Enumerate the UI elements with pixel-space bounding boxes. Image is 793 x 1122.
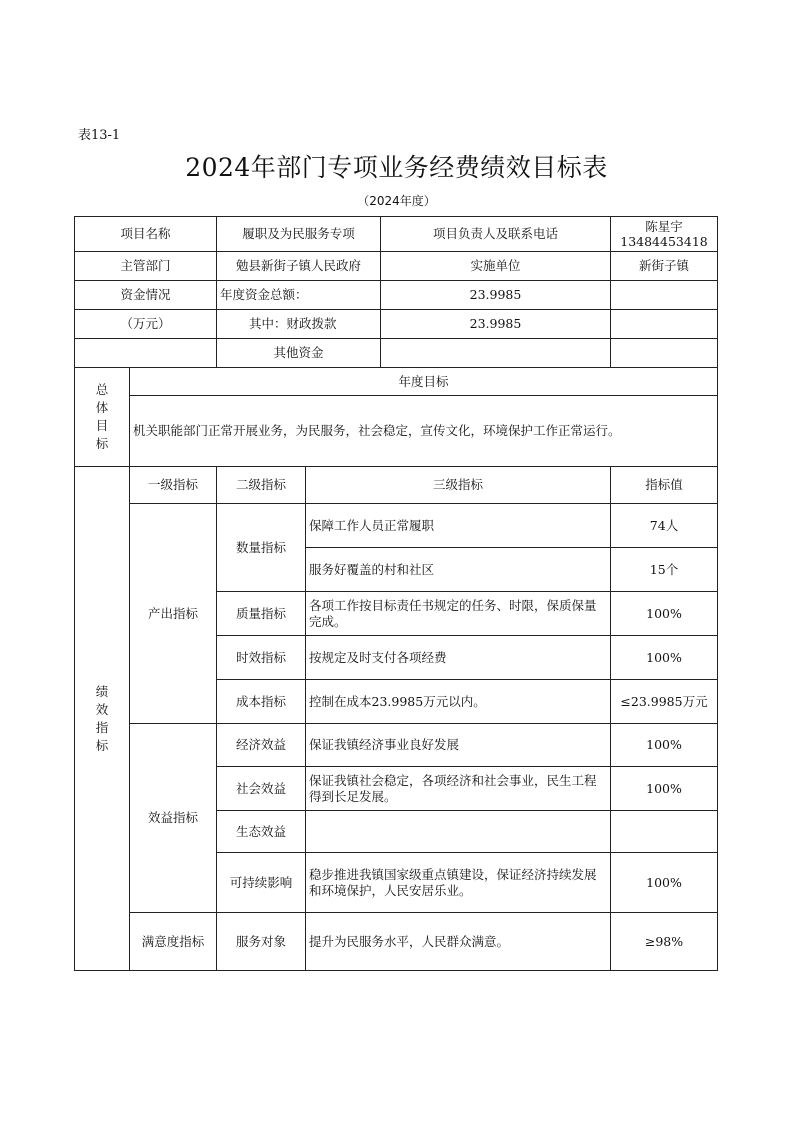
- performance-table: 总体目标 年度目标 机关职能部门正常开展业务，为民服务，社会稳定，宣传文化，环境…: [74, 367, 718, 971]
- fiscal-funds-label: 其中：财政拨款: [217, 310, 381, 339]
- level2-quantity: 数量指标: [217, 504, 306, 592]
- fiscal-year: （2024年度）: [0, 192, 793, 209]
- level3-cell: 服务好覆盖的村和社区: [306, 548, 611, 592]
- level1-benefit: 效益指标: [130, 724, 217, 913]
- level2-cost: 成本指标: [217, 680, 306, 724]
- table-row: 效益指标 经济效益 保证我镇经济事业良好发展 100%: [75, 724, 718, 767]
- other-funds-value: [381, 339, 611, 368]
- dept-label: 主管部门: [75, 252, 217, 281]
- page-title: 2024年部门专项业务经费绩效目标表: [0, 148, 793, 184]
- header-level2: 二级指标: [217, 467, 306, 504]
- fiscal-funds-value: 23.9985: [381, 310, 611, 339]
- total-funds-extra: [611, 281, 718, 310]
- level3-cell: 保证我镇社会稳定，各项经济和社会事业，民生工程得到长足发展。: [306, 767, 611, 811]
- basic-info-table: 项目名称 履职及为民服务专项 项目负责人及联系电话 陈星宇 1348445341…: [74, 216, 718, 368]
- impl-value: 新街子镇: [611, 252, 718, 281]
- value-cell: 100%: [611, 592, 718, 636]
- dept-value: 勉县新街子镇人民政府: [217, 252, 381, 281]
- level3-cell: [306, 811, 611, 853]
- overall-goal-label: 总体目标: [75, 368, 130, 467]
- value-cell: [611, 811, 718, 853]
- level3-cell: 按规定及时支付各项经费: [306, 636, 611, 680]
- level3-cell: 提升为民服务水平，人民群众满意。: [306, 913, 611, 971]
- level2-timeliness: 时效指标: [217, 636, 306, 680]
- value-cell: ≥98%: [611, 913, 718, 971]
- funds-label: 资金情况: [75, 281, 217, 310]
- header-level3: 三级指标: [306, 467, 611, 504]
- level2-service-target: 服务对象: [217, 913, 306, 971]
- level1-satisfaction: 满意度指标: [130, 913, 217, 971]
- table-row: 产出指标 数量指标 保障工作人员正常履职 74人: [75, 504, 718, 548]
- level2-social: 社会效益: [217, 767, 306, 811]
- level3-cell: 各项工作按目标责任书规定的任务、时限，保质保量完成。: [306, 592, 611, 636]
- value-cell: 74人: [611, 504, 718, 548]
- impl-label: 实施单位: [381, 252, 611, 281]
- blank-cell: [75, 339, 217, 368]
- fiscal-funds-extra: [611, 310, 718, 339]
- contact-phone: 13484453418: [620, 234, 707, 249]
- level3-cell: 保障工作人员正常履职: [306, 504, 611, 548]
- project-name-value: 履职及为民服务专项: [217, 217, 381, 252]
- header-value: 指标值: [611, 467, 718, 504]
- level2-quality: 质量指标: [217, 592, 306, 636]
- value-cell: ≤23.9985万元: [611, 680, 718, 724]
- contact-label: 项目负责人及联系电话: [381, 217, 611, 252]
- level2-economic: 经济效益: [217, 724, 306, 767]
- level3-cell: 保证我镇经济事业良好发展: [306, 724, 611, 767]
- level2-sustainable: 可持续影响: [217, 853, 306, 913]
- level1-output: 产出指标: [130, 504, 217, 724]
- other-funds-label: 其他资金: [217, 339, 381, 368]
- annual-target-text: 机关职能部门正常开展业务，为民服务，社会稳定，宣传文化，环境保护工作正常运行。: [130, 396, 718, 467]
- annual-target-header: 年度目标: [130, 368, 718, 396]
- table-row: 满意度指标 服务对象 提升为民服务水平，人民群众满意。 ≥98%: [75, 913, 718, 971]
- other-funds-extra: [611, 339, 718, 368]
- contact-name: 陈星宇: [645, 219, 683, 234]
- level2-ecological: 生态效益: [217, 811, 306, 853]
- value-cell: 100%: [611, 853, 718, 913]
- performance-indicator-label: 绩效指标: [75, 467, 130, 971]
- level3-cell: 控制在成本23.9985万元以内。: [306, 680, 611, 724]
- value-cell: 100%: [611, 724, 718, 767]
- funds-unit-label: （万元）: [75, 310, 217, 339]
- header-level1: 一级指标: [130, 467, 217, 504]
- project-name-label: 项目名称: [75, 217, 217, 252]
- value-cell: 15个: [611, 548, 718, 592]
- total-funds-label: 年度资金总额：: [217, 281, 381, 310]
- table-number: 表13-1: [78, 124, 120, 143]
- value-cell: 100%: [611, 636, 718, 680]
- value-cell: 100%: [611, 767, 718, 811]
- contact-value: 陈星宇 13484453418: [611, 217, 718, 252]
- total-funds-value: 23.9985: [381, 281, 611, 310]
- level3-cell: 稳步推进我镇国家级重点镇建设，保证经济持续发展和环境保护，人民安居乐业。: [306, 853, 611, 913]
